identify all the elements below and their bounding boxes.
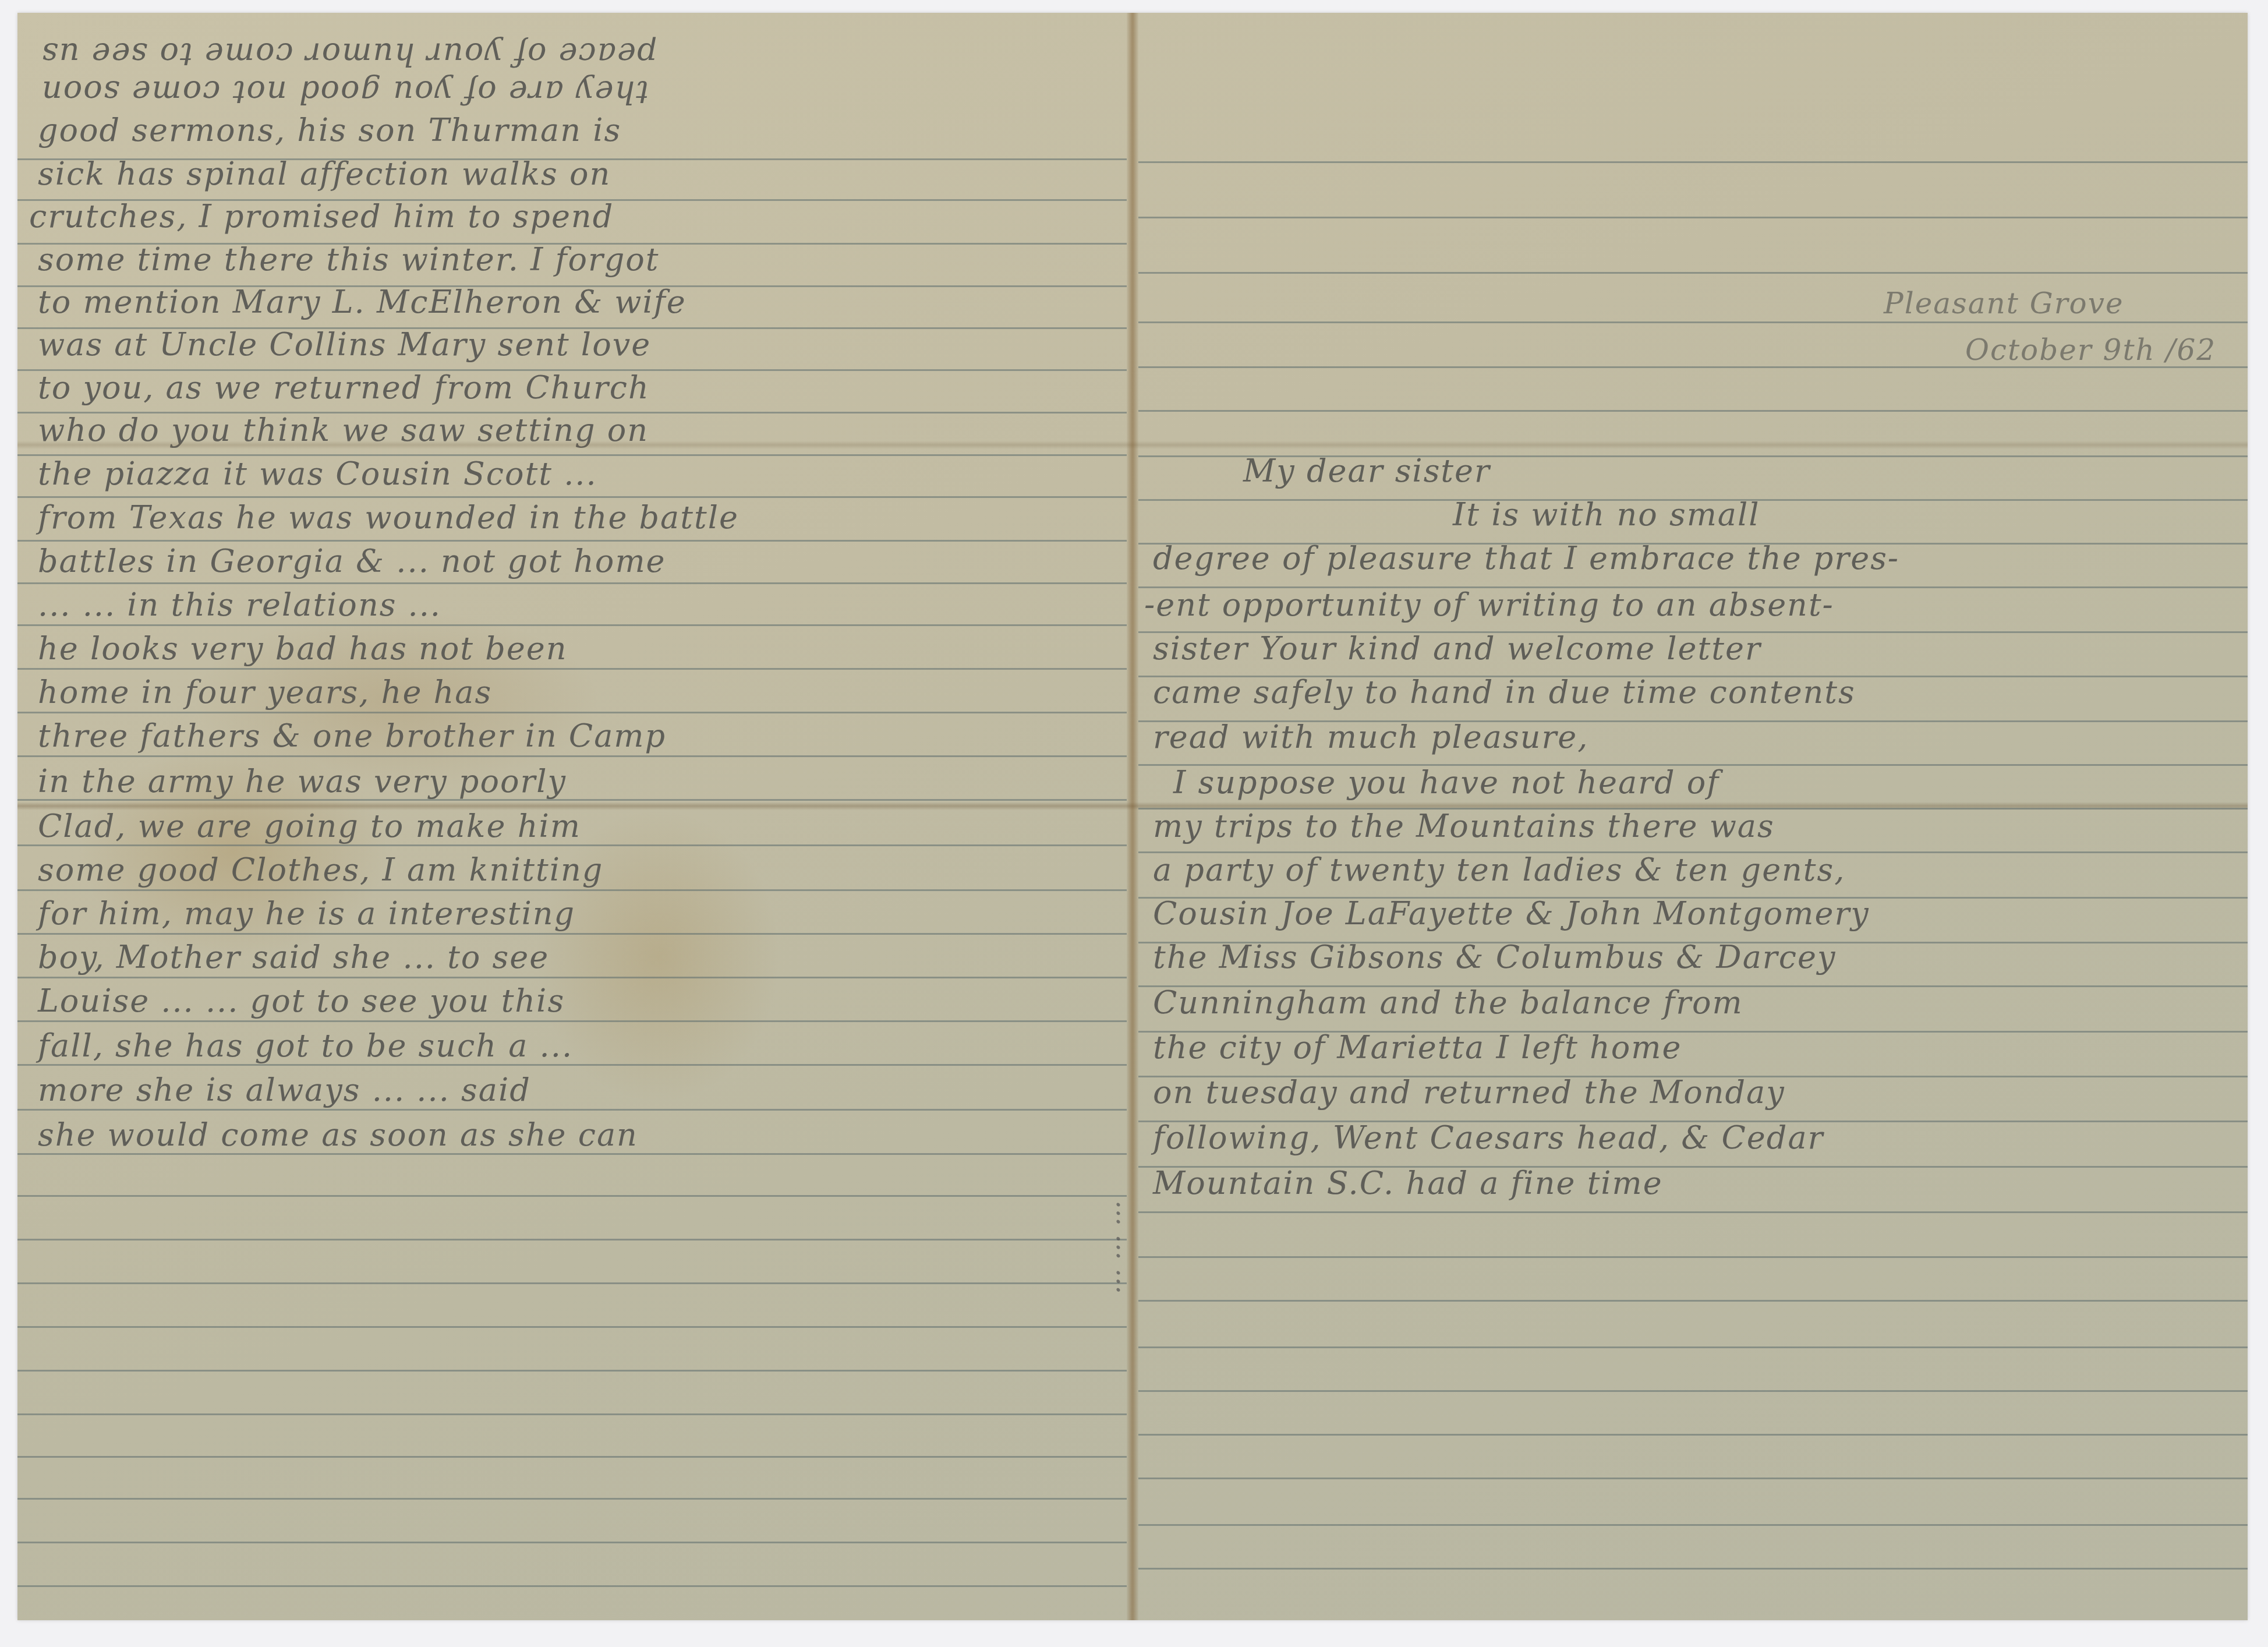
text-line: for him, may he is a interesting — [38, 895, 575, 932]
text-line: Louise ... ... got to see you this — [38, 982, 565, 1019]
ruled-line — [1138, 410, 2248, 412]
ruled-line — [17, 1413, 1127, 1415]
ruled-line — [17, 624, 1127, 626]
text-line: I suppose you have not heard of — [1173, 764, 1719, 801]
ruled-line — [1138, 1390, 2248, 1392]
ruled-line — [1138, 1478, 2248, 1479]
ruled-line — [1138, 1346, 2248, 1348]
ruled-line — [17, 933, 1127, 935]
text-line: Mountain S.C. had a fine time — [1153, 1165, 1663, 1201]
ruled-line — [17, 496, 1127, 498]
ruled-line — [1138, 217, 2248, 218]
text-line: a party of twenty ten ladies & ten gents… — [1153, 851, 1845, 888]
text-line: following, Went Caesars head, & Cedar — [1153, 1119, 1824, 1156]
text-line: the Miss Gibsons & Columbus & Darcey — [1153, 939, 1836, 976]
text-line: battles in Georgia & ... not got home — [38, 543, 666, 579]
ruled-line — [17, 1456, 1127, 1458]
text-line: more she is always ... ... said — [38, 1072, 531, 1108]
right-page: Pleasant Grove October 9th /62 My dear s… — [1138, 13, 2248, 1620]
text-line: Clad, we are going to make him — [38, 808, 581, 844]
ruled-line — [1138, 1300, 2248, 1302]
text-line: ... ... in this relations ... — [38, 586, 441, 623]
upside-down-line: they are of you good not come soon — [41, 74, 1112, 111]
text-line: to you, as we returned from Church — [38, 369, 650, 406]
text-line: some good Clothes, I am knitting — [38, 851, 603, 888]
letter-date: October 9th /62 — [1965, 333, 2216, 367]
text-line: sister Your kind and welcome letter — [1153, 630, 1761, 667]
text-line: boy, Mother said she ... to see — [38, 939, 549, 976]
text-line: in the army he was very poorly — [38, 763, 567, 800]
ruled-line — [17, 1282, 1127, 1284]
ruled-line — [17, 844, 1127, 846]
text-line: degree of pleasure that I embrace the pr… — [1153, 540, 1899, 577]
text-line: came safely to hand in due time contents — [1153, 674, 1856, 711]
ruled-line — [17, 1020, 1127, 1022]
text-line: fall, she has got to be such a ... — [38, 1027, 573, 1064]
upside-down-line: peace of your humor come to see us — [41, 36, 1112, 73]
text-line: sick has spinal affection walks on — [38, 155, 611, 192]
left-page: peace of your humor come to see us they … — [17, 13, 1127, 1620]
text-line: to mention Mary L. McElheron & wife — [38, 284, 687, 320]
text-line: the city of Marietta I left home — [1153, 1029, 1682, 1066]
text-line: on tuesday and returned the Monday — [1153, 1074, 1785, 1111]
ruled-line — [17, 1370, 1127, 1372]
ruled-line — [1138, 321, 2248, 323]
ruled-line — [17, 1064, 1127, 1066]
ruled-line — [17, 977, 1127, 978]
ruled-line — [17, 1585, 1127, 1587]
ruled-line — [17, 889, 1127, 891]
ruled-line — [17, 582, 1127, 584]
text-line: home in four years, he has — [38, 674, 492, 711]
ruled-line — [17, 712, 1127, 713]
ruled-line — [17, 668, 1127, 670]
text-line: crutches, I promised him to spend — [29, 198, 614, 235]
center-fold — [1127, 13, 1138, 1620]
text-line: some time there this winter. I forgot — [38, 241, 660, 278]
ruled-line — [1138, 1568, 2248, 1570]
ruled-line — [17, 1153, 1127, 1155]
margin-note: ... ... ... — [1095, 1200, 1126, 1294]
text-line: the piazza it was Cousin Scott ... — [38, 455, 597, 492]
text-line: read with much pleasure, — [1153, 719, 1588, 755]
text-line: Cousin Joe LaFayette & John Montgomery — [1153, 895, 1870, 932]
ruled-line — [1138, 1211, 2248, 1213]
text-line: It is with no small — [1453, 496, 1760, 533]
ruled-line — [17, 1195, 1127, 1197]
text-line: from Texas he was wounded in the battle — [38, 499, 739, 536]
letter-sheet: peace of your humor come to see us they … — [17, 13, 2248, 1620]
ruled-line — [1138, 1524, 2248, 1526]
ruled-line — [17, 1498, 1127, 1500]
ruled-line — [1138, 1256, 2248, 1258]
ruled-line — [1138, 161, 2248, 163]
text-line: three fathers & one brother in Camp — [38, 718, 666, 754]
text-line: was at Uncle Collins Mary sent love — [38, 326, 651, 363]
text-line: he looks very bad has not been — [38, 630, 568, 667]
letter-place: Pleasant Grove — [1884, 287, 2124, 320]
salutation: My dear sister — [1243, 453, 1491, 489]
text-line: my trips to the Mountains there was — [1153, 808, 1775, 844]
ruled-line — [17, 1326, 1127, 1328]
ruled-line — [17, 540, 1127, 542]
ruled-line — [1138, 1434, 2248, 1436]
text-line: Cunningham and the balance from — [1153, 984, 1743, 1021]
ruled-line — [1138, 272, 2248, 274]
ruled-line — [17, 1109, 1127, 1111]
ruled-line — [17, 755, 1127, 757]
text-line: good sermons, his son Thurman is — [38, 112, 621, 149]
text-line: she would come as soon as she can — [38, 1116, 638, 1153]
text-line: -ent opportunity of writing to an absent… — [1144, 586, 1834, 623]
ruled-line — [17, 1239, 1127, 1240]
ruled-line — [17, 1542, 1127, 1543]
